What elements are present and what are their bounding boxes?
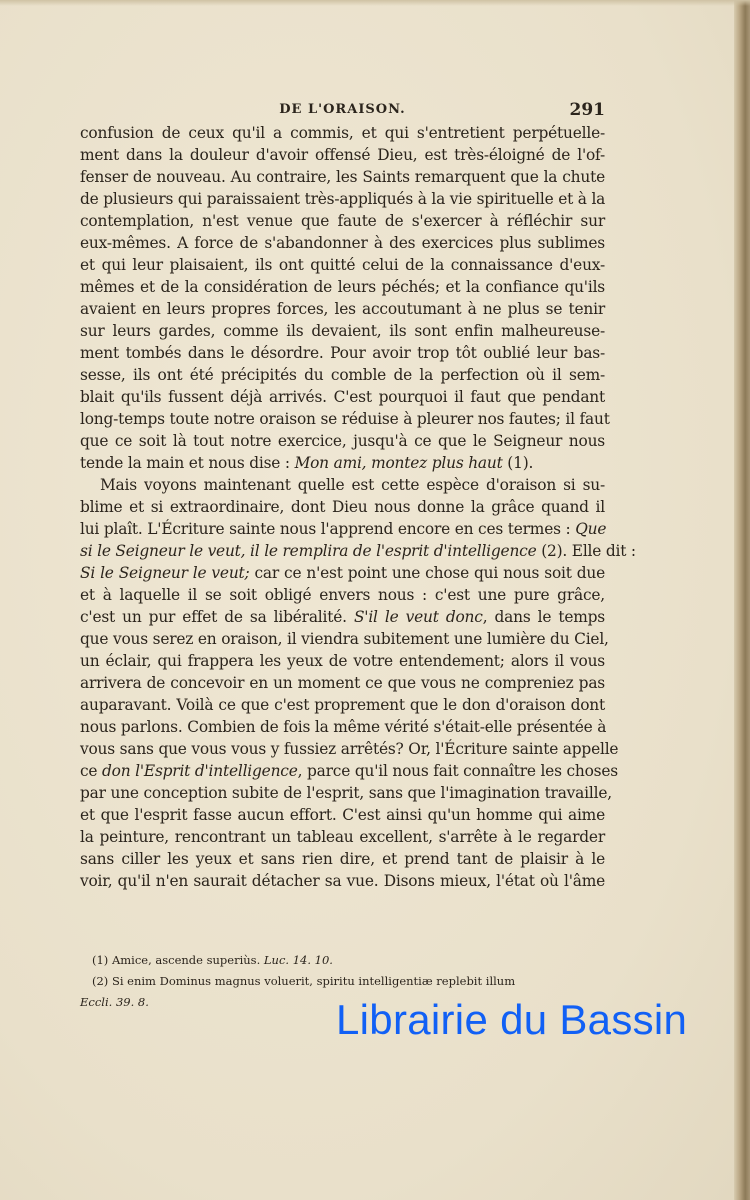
text-line: blait qu'ils fussent déjà arrivés. C'est… <box>80 386 605 408</box>
italic-quote: don l'Esprit d'intelligence <box>102 762 298 780</box>
text-line: confusion de ceux qu'il a commis, et qui… <box>80 122 605 144</box>
running-head: DE L'ORAISON. 291 <box>80 100 605 122</box>
text-line: mêmes et de la considération de leurs pé… <box>80 276 605 298</box>
text-line: sans ciller les yeux et sans rien dire, … <box>80 848 605 870</box>
text-line: avaient en leurs propres forces, les acc… <box>80 298 605 320</box>
footnote-reference: Luc. 14. 10. <box>264 953 333 967</box>
text-line: et que l'esprit fasse aucun effort. C'es… <box>80 804 605 826</box>
text-line: si le Seigneur le veut, il le remplira d… <box>80 540 605 562</box>
text-line: blime et si extraordinaire, dont Dieu no… <box>80 496 605 518</box>
text-line: et qui leur plaisaient, ils ont quitté c… <box>80 254 605 276</box>
page-number: 291 <box>570 100 606 120</box>
watermark: Librairie du Bassin <box>336 996 687 1044</box>
italic-quote: Si le Seigneur le veut; <box>80 564 250 582</box>
text-line: un éclair, qui frappera les yeux de votr… <box>80 650 605 672</box>
page-top-edge <box>0 0 750 6</box>
text-line: par une conception subite de l'esprit, s… <box>80 782 605 804</box>
text-line: tende la main et nous dise : Mon ami, mo… <box>80 452 605 474</box>
text-line: long-temps toute notre oraison se réduis… <box>80 408 605 430</box>
text-line: c'est un pur effet de sa libéralité. S'i… <box>80 606 605 628</box>
text-line: voir, qu'il n'en saurait détacher sa vue… <box>80 870 605 892</box>
text-line: fenser de nouveau. Au contraire, les Sai… <box>80 166 605 188</box>
text-line: arrivera de concevoir en un moment ce qu… <box>80 672 605 694</box>
text-line: la peinture, rencontrant un tableau exce… <box>80 826 605 848</box>
text-line: sesse, ils ont été précipités du comble … <box>80 364 605 386</box>
text-line: que ce soit là tout notre exercice, jusq… <box>80 430 605 452</box>
running-title: DE L'ORAISON. <box>80 102 605 117</box>
italic-quote: Que <box>575 520 606 538</box>
footnote-1: (1) Amice, ascende superiùs. Luc. 14. 10… <box>80 950 605 971</box>
text-line: ment dans la douleur d'avoir offensé Die… <box>80 144 605 166</box>
text-line: vous sans que vous vous y fussiez arrêté… <box>80 738 605 760</box>
text-line: que vous serez en oraison, il viendra su… <box>80 628 605 650</box>
paragraph-1: confusion de ceux qu'il a commis, et qui… <box>80 122 605 474</box>
text-line: contemplation, n'est venue que faute de … <box>80 210 605 232</box>
text-line: Mais voyons maintenant quelle est cette … <box>80 474 605 496</box>
paragraph-2: Mais voyons maintenant quelle est cette … <box>80 474 605 892</box>
text-line: de plusieurs qui paraissaient très-appli… <box>80 188 605 210</box>
page-text: DE L'ORAISON. 291 confusion de ceux qu'i… <box>80 100 605 892</box>
text-line: ce don l'Esprit d'intelligence, parce qu… <box>80 760 605 782</box>
text-line: sur leurs gardes, comme ils devaient, il… <box>80 320 605 342</box>
footnote-2: (2) Si enim Dominus magnus voluerit, spi… <box>80 971 605 992</box>
italic-quote: si le Seigneur le veut, il le remplira d… <box>80 542 537 560</box>
text-line: eux-mêmes. A force de s'abandonner à des… <box>80 232 605 254</box>
text-line: et à laquelle il se soit obligé envers n… <box>80 584 605 606</box>
page-edge <box>734 0 750 1200</box>
text-line: lui plaît. L'Écriture sainte nous l'appr… <box>80 518 605 540</box>
italic-quote: S'il le veut donc <box>354 608 483 626</box>
text-line: auparavant. Voilà ce que c'est propremen… <box>80 694 605 716</box>
text-line: nous parlons. Combien de fois la même vé… <box>80 716 605 738</box>
text-line: Si le Seigneur le veut; car ce n'est poi… <box>80 562 605 584</box>
italic-quote: Mon ami, montez plus haut <box>295 454 503 472</box>
text-line: ment tombés dans le désordre. Pour avoir… <box>80 342 605 364</box>
